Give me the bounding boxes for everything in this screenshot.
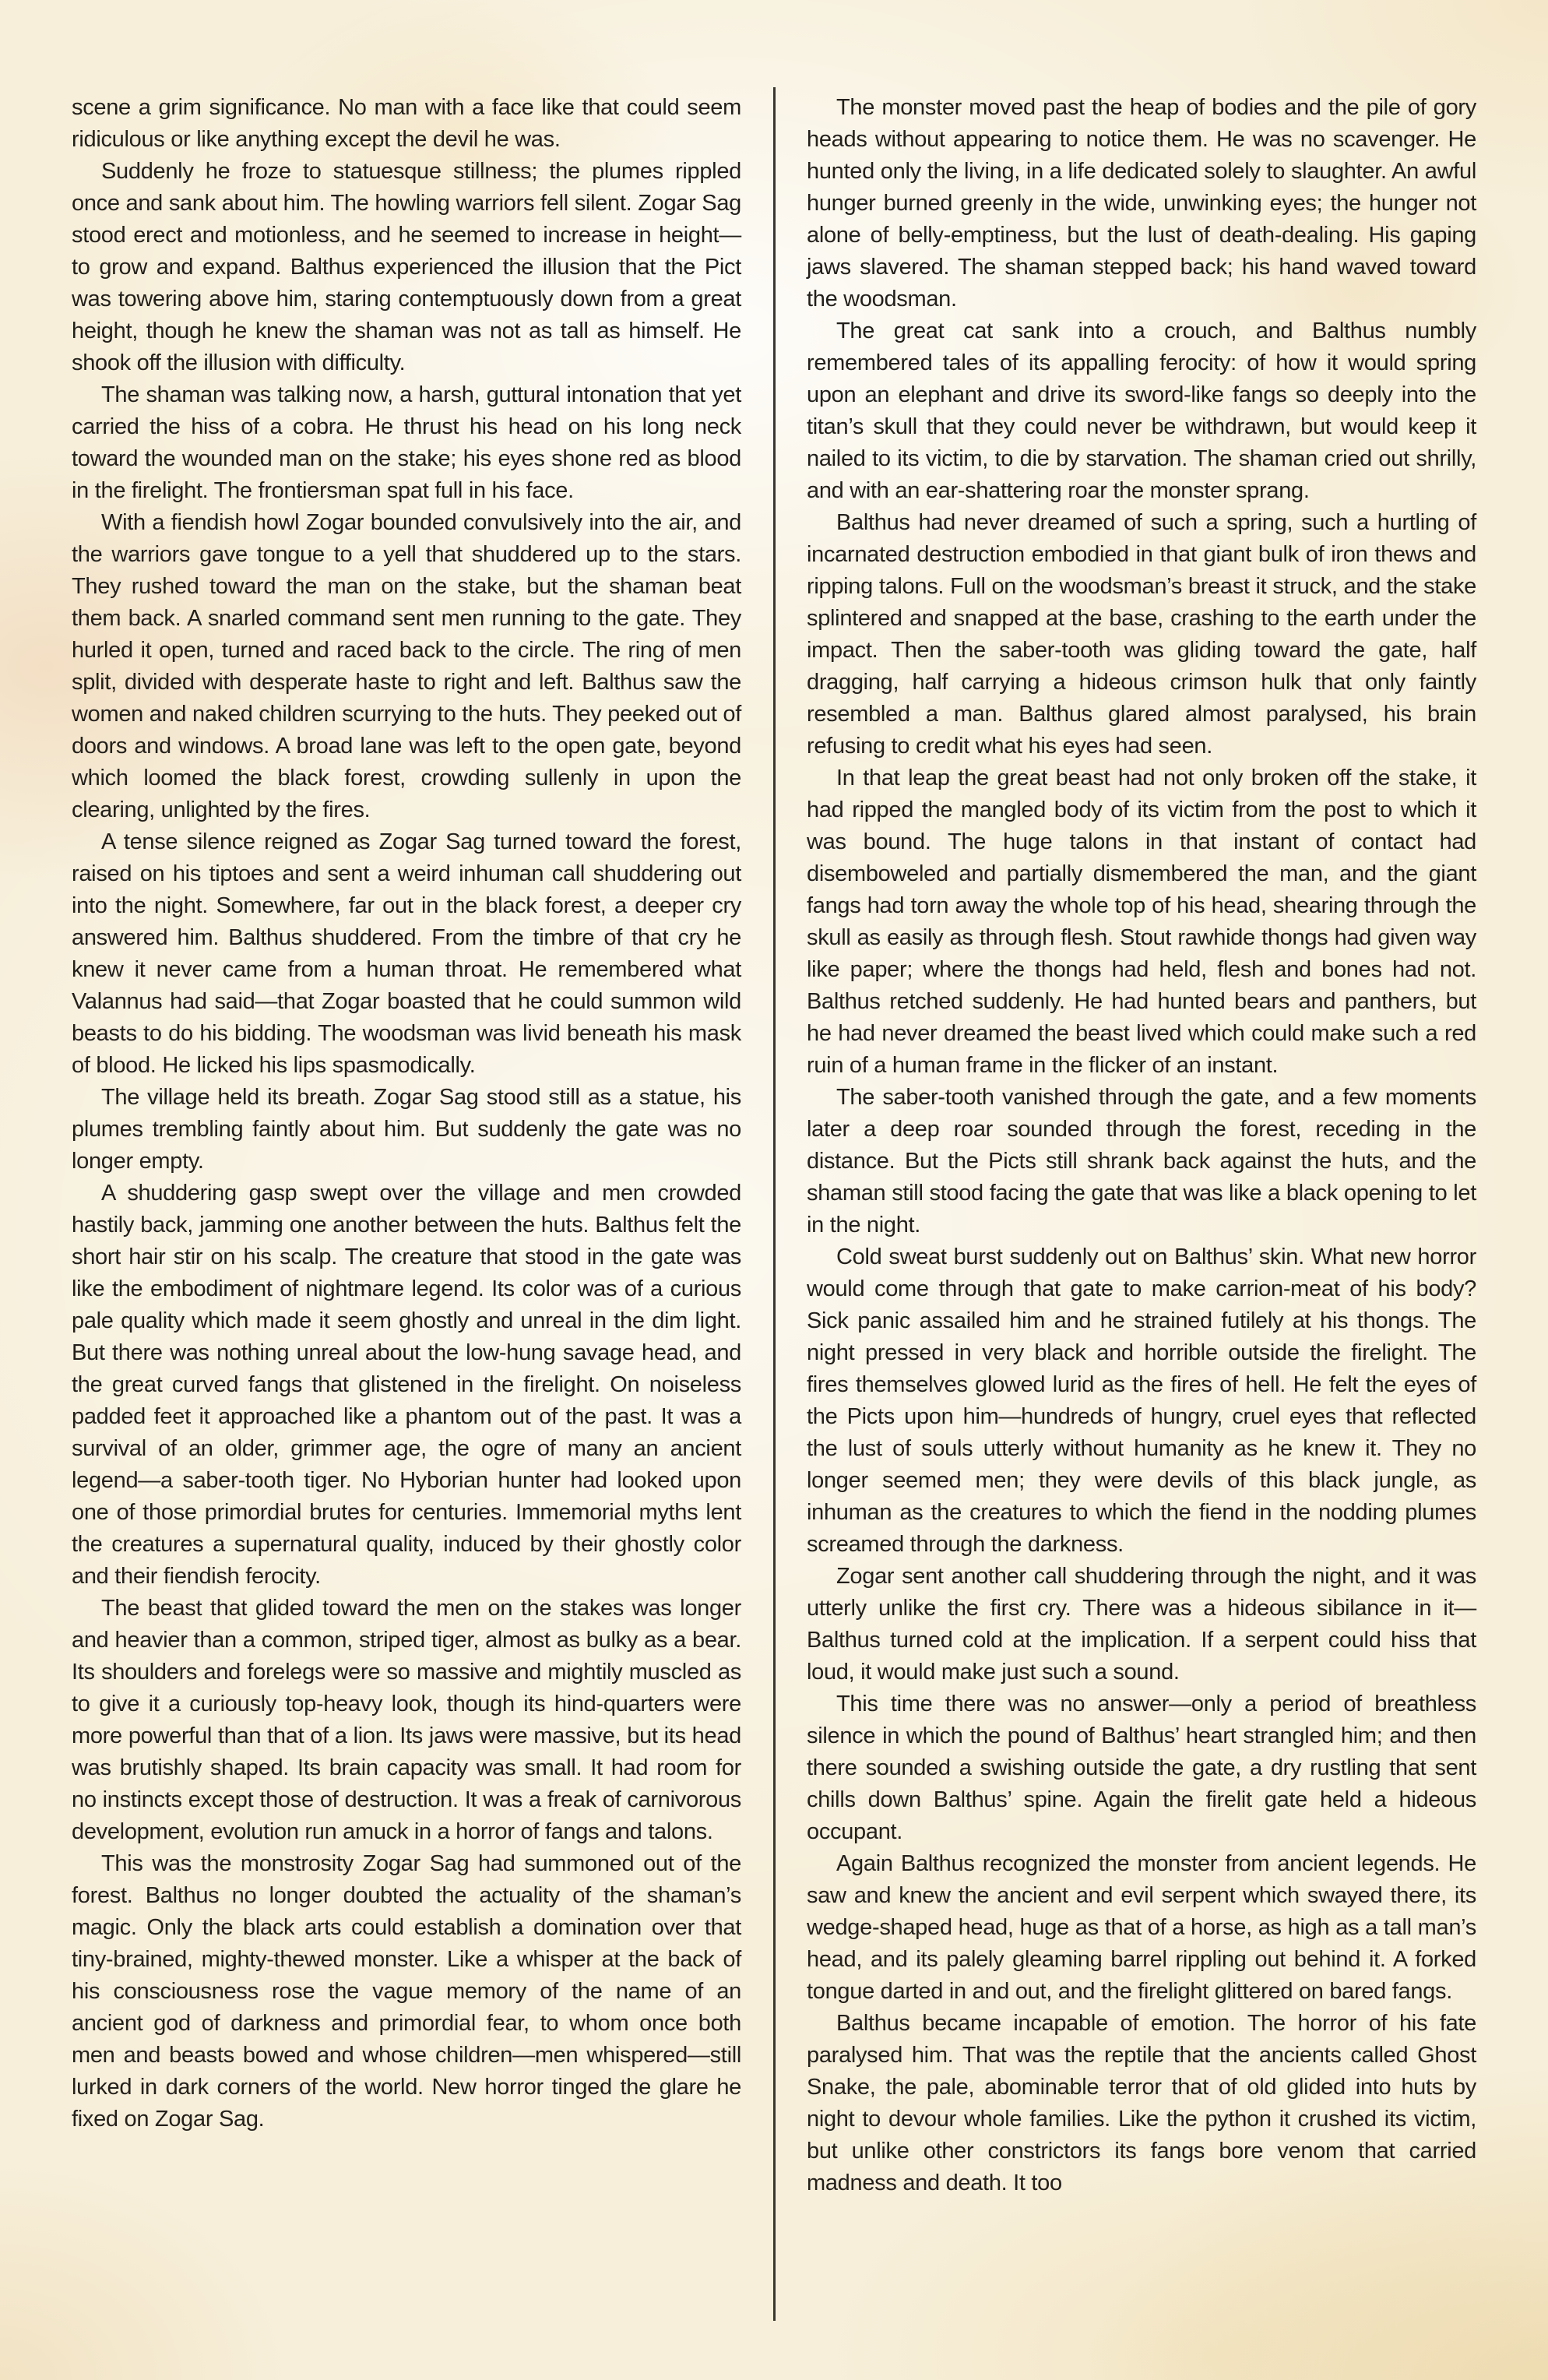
left-column: scene a grim significance. No man with a… xyxy=(72,92,741,2135)
right-column: The monster moved past the heap of bodie… xyxy=(807,92,1476,2199)
paragraph: Balthus became incapable of emotion. The… xyxy=(807,2008,1476,2199)
column-divider-rule xyxy=(773,87,776,2321)
book-page: scene a grim significance. No man with a… xyxy=(0,0,1548,2380)
paragraph: The great cat sank into a crouch, and Ba… xyxy=(807,315,1476,507)
paragraph: scene a grim significance. No man with a… xyxy=(72,92,741,156)
paragraph: This was the monstrosity Zogar Sag had s… xyxy=(72,1848,741,2135)
paragraph: Zogar sent another call shuddering throu… xyxy=(807,1561,1476,1688)
paragraph: A tense silence reigned as Zogar Sag tur… xyxy=(72,826,741,1082)
paragraph: Suddenly he froze to statuesque stillnes… xyxy=(72,156,741,379)
paragraph: The saber-tooth vanished through the gat… xyxy=(807,1082,1476,1241)
paragraph: A shuddering gasp swept over the village… xyxy=(72,1178,741,1593)
paragraph: The monster moved past the heap of bodie… xyxy=(807,92,1476,315)
paragraph: The village held its breath. Zogar Sag s… xyxy=(72,1082,741,1178)
paragraph: With a fiendish howl Zogar bounded convu… xyxy=(72,507,741,826)
paragraph: In that leap the great beast had not onl… xyxy=(807,762,1476,1082)
paragraph: The beast that glided toward the men on … xyxy=(72,1593,741,1848)
paragraph: Cold sweat burst suddenly out on Balthus… xyxy=(807,1241,1476,1561)
paragraph: The shaman was talking now, a harsh, gut… xyxy=(72,379,741,507)
paragraph: Balthus had never dreamed of such a spri… xyxy=(807,507,1476,762)
paragraph: Again Balthus recognized the monster fro… xyxy=(807,1848,1476,2008)
paragraph: This time there was no answer—only a per… xyxy=(807,1688,1476,1848)
